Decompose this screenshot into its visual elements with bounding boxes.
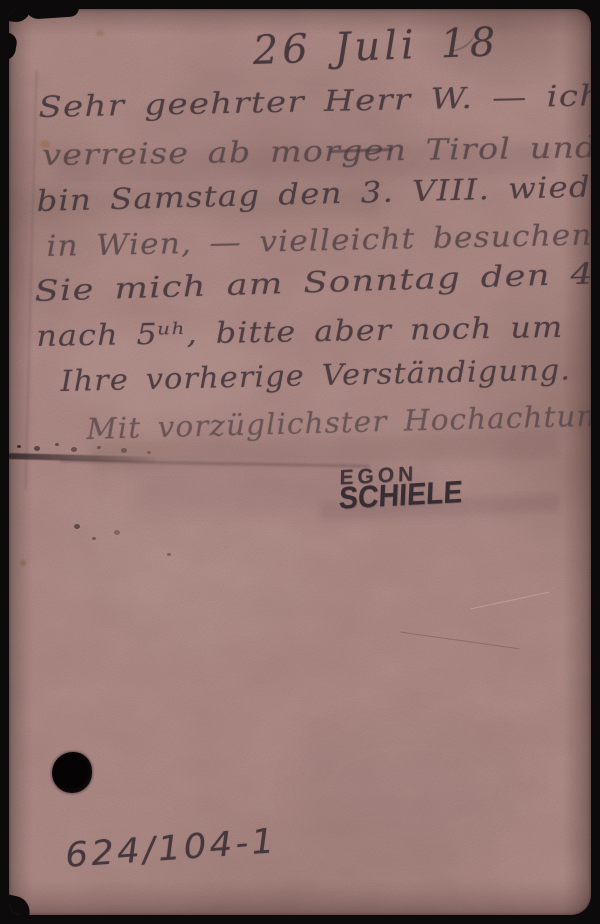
worn-edge-chip bbox=[9, 32, 18, 62]
artist-signature: EGON SCHIELE bbox=[339, 461, 476, 514]
worn-edge-chip bbox=[9, 893, 33, 915]
surface-scratch bbox=[471, 592, 549, 610]
paper-discoloration bbox=[300, 720, 520, 860]
handwriting-line: verreise ab morgen Tirol und bbox=[42, 130, 591, 172]
signature-last-name: SCHIELE bbox=[338, 476, 463, 514]
ink-speckles bbox=[17, 445, 21, 448]
handwriting-line: in Wien, — vielleicht besuchen bbox=[46, 218, 591, 263]
rust-stain-spot bbox=[96, 30, 104, 36]
worn-edge-chip bbox=[25, 9, 80, 20]
ink-smudge-streak bbox=[60, 459, 370, 467]
punched-hole bbox=[52, 752, 92, 793]
handwriting-line: Ihre vorherige Verständigung. bbox=[60, 352, 571, 398]
rust-stain-spot bbox=[20, 560, 26, 566]
worn-edge-chip bbox=[9, 9, 31, 23]
inventory-number: 624/104-1 bbox=[64, 821, 279, 876]
handwriting-line: bin Samstag den 3. VIII. wieder bbox=[36, 169, 591, 218]
postcard-scan: 26 Juli 18 Sehr geehrter Herr W. — ich v… bbox=[9, 9, 591, 915]
handwriting-line: Sie mich am Sonntag den 4.VIII bbox=[34, 254, 591, 308]
surface-scratch bbox=[401, 632, 520, 650]
handwriting-line: Mit vorzüglichster Hochachtung bbox=[86, 398, 591, 446]
handwriting-line: Sehr geehrter Herr W. — ich bbox=[38, 78, 591, 124]
scan-background: 26 Juli 18 Sehr geehrter Herr W. — ich v… bbox=[0, 0, 600, 924]
handwritten-date: 26 Juli 18 bbox=[252, 19, 500, 74]
handwriting-line: nach 5ᵘʰ, bitte aber noch um bbox=[36, 310, 564, 353]
